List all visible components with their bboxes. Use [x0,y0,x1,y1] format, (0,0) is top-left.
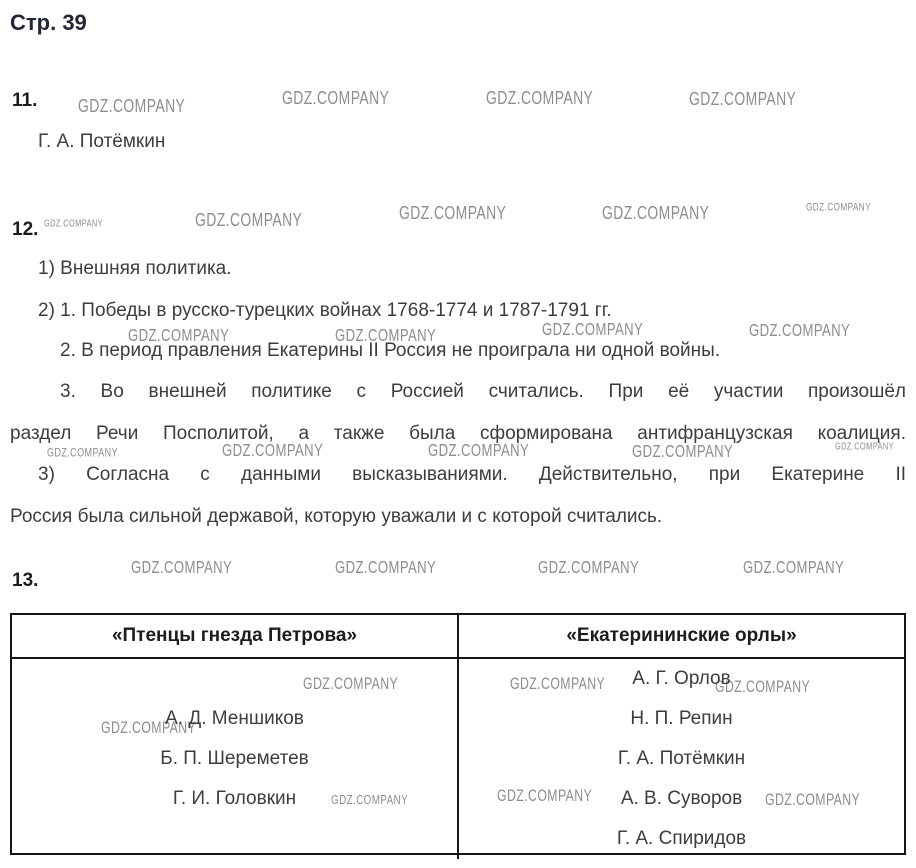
watermark-text: GDZ.COMPANY [542,321,643,340]
watermark-text: GDZ.COMPANY [399,203,506,225]
table-header-ekaterina: «Екатерининские орлы» [459,615,904,657]
watermark-text: GDZ.COMPANY [538,559,639,578]
watermark-text: GDZ.COMPANY [486,88,593,110]
watermark-text: GDZ.COMPANY [743,559,844,578]
table-name: Г. А. Спиридов [617,819,746,859]
q12-line-1: 1) Внешняя политика. [38,258,232,280]
watermark-text: GDZ.COMPANY [749,322,850,341]
question-13-number: 13. [12,570,38,592]
table-cell-ekaterina-list: А. Г. Орлов Н. П. Репин Г. А. Потёмкин А… [459,659,904,859]
table-cell-petrov-list: А. Д. Меншиков Б. П. Шереметев Г. И. Гол… [12,659,459,859]
watermark-text: GDZ.COMPANY [806,202,871,214]
watermark-text: GDZ.COMPANY [632,443,733,462]
watermark-text: GDZ.COMPANY [689,89,796,111]
q12-line-5: раздел Речи Посполитой, а также была сфо… [10,423,906,445]
q12-line-6: 3) Согласна с данными высказываниями. Де… [10,464,906,486]
table-header-petrov: «Птенцы гнезда Петрова» [12,615,459,657]
watermark-text: GDZ.COMPANY [602,203,709,225]
watermark-text: GDZ.COMPANY [335,559,436,578]
question-11-number: 11. [12,90,37,112]
q12-line-4: 3. Во внешней политике с Россией считали… [10,381,906,403]
watermark-text: GDZ.COMPANY [47,447,118,460]
table-name: А. Д. Меншиков [165,699,304,739]
answer-table: «Птенцы гнезда Петрова» «Екатерининские … [10,613,906,855]
table-name: Г. И. Головкин [173,779,296,819]
watermark-text: GDZ.COMPANY [282,88,389,110]
watermark-text: GDZ.COMPANY [131,559,232,578]
watermark-text: GDZ.COMPANY [44,218,103,229]
document-page: GDZ.COMPANYGDZ.COMPANYGDZ.COMPANYGDZ.COM… [0,0,916,868]
table-name: Б. П. Шереметев [160,739,309,779]
question-12-number: 12. [12,219,38,241]
watermark-text: GDZ.COMPANY [78,96,185,118]
watermark-text: GDZ.COMPANY [195,210,302,232]
table-name: Г. А. Потёмкин [618,739,745,779]
table-body-row: А. Д. Меншиков Б. П. Шереметев Г. И. Гол… [12,659,904,859]
table-name: А. Г. Орлов [632,659,730,699]
page-title: Стр. 39 [10,10,87,36]
table-header-row: «Птенцы гнезда Петрова» «Екатерининские … [12,615,904,659]
table-name: Н. П. Репин [630,699,732,739]
q11-answer: Г. А. Потёмкин [38,131,165,153]
q12-line-3: 2. В период правления Екатерины II Росси… [60,340,720,362]
q12-line-2: 2) 1. Победы в русско-турецких войнах 17… [38,300,612,322]
q12-line-7: Россия была сильной державой, которую ув… [10,506,662,528]
table-name: А. В. Суворов [621,779,742,819]
